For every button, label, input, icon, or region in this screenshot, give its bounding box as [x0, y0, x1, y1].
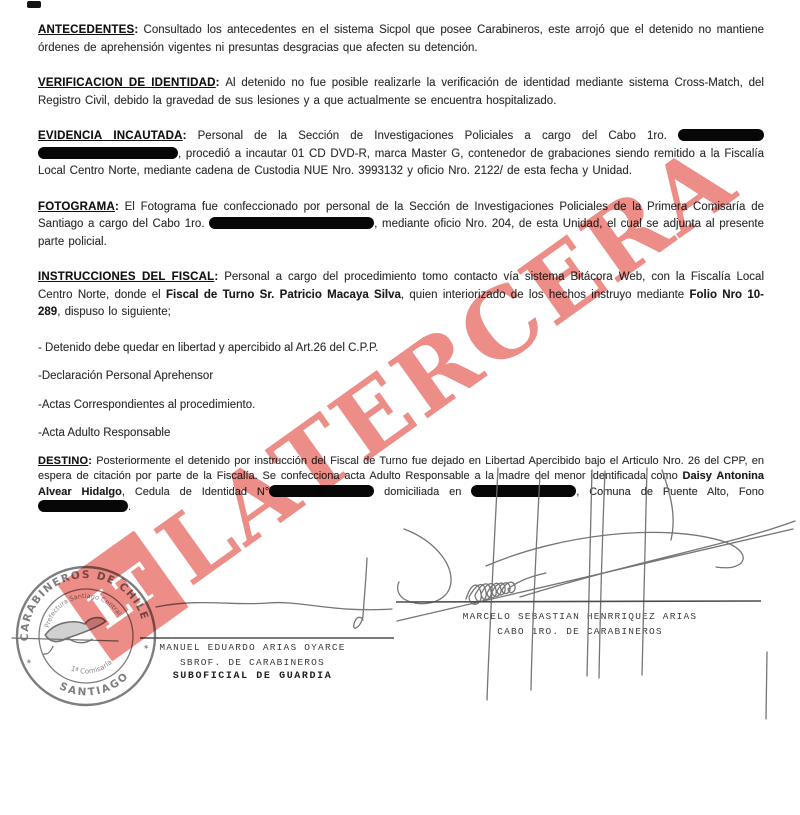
- right-signer-rank: CABO 1RO. DE CARABINEROS: [425, 624, 735, 639]
- stamp-star-left: ✶: [25, 657, 33, 667]
- list-item: -Acta Adulto Responsable: [38, 425, 764, 443]
- section-verificacion: VERIFICACION DE IDENTIDAD: Al detenido n…: [38, 75, 764, 110]
- text-segment: Consultado los antecedentes en el sistem…: [38, 24, 764, 54]
- signature-scribble: [466, 573, 546, 604]
- pen-stroke: [766, 652, 767, 719]
- text-segment: , Comuna de Puente Alto, Fono: [576, 486, 764, 498]
- redaction-bar: [38, 147, 178, 159]
- section-heading: VERIFICACION DE IDENTIDAD: [38, 77, 216, 89]
- heading-colon: :: [134, 24, 143, 36]
- svg-text:1ª Comisaría: 1ª Comisaría: [68, 658, 114, 679]
- list-item: -Declaración Personal Aprehensor: [38, 368, 764, 386]
- list-item: -Actas Correspondientes al procedimiento…: [38, 397, 764, 415]
- redaction-bar: [38, 500, 128, 512]
- section-heading: INSTRUCCIONES DEL FISCAL: [38, 271, 214, 283]
- redaction-bar: [269, 485, 374, 497]
- left-signer-name: MANUEL EDUARDO ARIAS OYARCE: [110, 641, 395, 656]
- pen-stroke: [397, 529, 793, 621]
- list-item: - Detenido debe quedar en libertad y ape…: [38, 340, 764, 358]
- right-signature-block: MARCELO SEBASTIAN HENRRIQUEZ ARIAS CABO …: [425, 609, 735, 639]
- text-segment: Fiscal de Turno Sr. Patricio Macaya Silv…: [166, 289, 401, 301]
- section-heading: ANTECEDENTES: [38, 24, 134, 36]
- section-destino: DESTINO: Posteriormente el detenido por …: [38, 454, 764, 516]
- left-signature-block: MANUEL EDUARDO ARIAS OYARCE SBROF. DE CA…: [110, 641, 395, 685]
- pen-stroke: [156, 603, 392, 610]
- text-segment: , dispuso lo siguiente;: [57, 306, 171, 318]
- redaction-bar: [678, 129, 764, 141]
- left-signer-rank: SBROF. DE CARABINEROS: [110, 656, 395, 671]
- heading-colon: :: [214, 271, 224, 283]
- section-heading: DESTINO: [38, 455, 88, 467]
- section-antecedentes: ANTECEDENTES: Consultado los antecedente…: [38, 22, 764, 57]
- section-evidencia: EVIDENCIA INCAUTADA: Personal de la Secc…: [38, 128, 764, 181]
- left-signer-role: SUBOFICIAL DE GUARDIA: [110, 670, 395, 685]
- section-heading: EVIDENCIA INCAUTADA: [38, 130, 183, 142]
- scan-artifact: [27, 1, 41, 8]
- pen-stroke: [354, 558, 367, 628]
- scanned-police-report: ANTECEDENTES: Consultado los antecedente…: [0, 0, 800, 815]
- heading-colon: :: [115, 201, 125, 213]
- text-segment: .: [128, 501, 131, 513]
- redaction-bar: [471, 485, 576, 497]
- right-signature-line: [396, 601, 761, 602]
- right-signer-name: MARCELO SEBASTIAN HENRRIQUEZ ARIAS: [425, 609, 735, 624]
- section-heading: FOTOGRAMA: [38, 201, 115, 213]
- stamp-text-inner-bottom: 1ª Comisaría: [68, 658, 114, 679]
- heading-colon: :: [183, 130, 198, 142]
- text-segment: , quien interiorizado de los hechos inst…: [401, 289, 690, 301]
- pen-stroke: [486, 532, 743, 567]
- redaction-bar: [209, 217, 374, 229]
- text-segment: Personal de la Sección de Investigacione…: [198, 130, 678, 142]
- text-segment: , Cedula de Identidad N°: [122, 486, 269, 498]
- section-fotograma: FOTOGRAMA: El Fotograma fue confeccionad…: [38, 199, 764, 252]
- section-instrucciones: INSTRUCCIONES DEL FISCAL: Personal a car…: [38, 269, 764, 322]
- heading-colon: :: [216, 77, 226, 89]
- pen-stroke: [520, 521, 795, 597]
- text-segment: domiciliada en: [374, 486, 471, 498]
- document-body: ANTECEDENTES: Consultado los antecedente…: [0, 0, 800, 516]
- pen-stroke: [398, 529, 451, 604]
- text-segment: Posteriormente el detenido por instrucci…: [38, 455, 764, 483]
- carabineros-stamp: CARABINEROS DE CHILE SANTIAGO Prefectura…: [8, 556, 162, 714]
